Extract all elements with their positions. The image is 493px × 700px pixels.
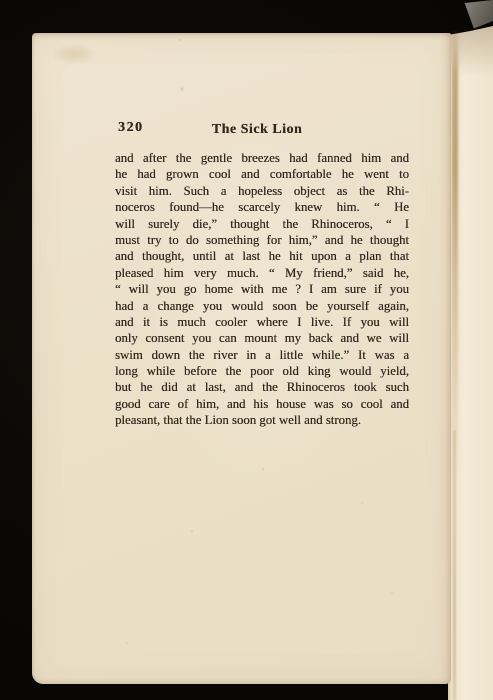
book-cover-corner	[460, 0, 493, 30]
text-line: pleased him very much. “ My friend,” sai…	[115, 265, 409, 281]
text-line: he had grown cool and comfortable he wen…	[115, 166, 409, 182]
text-line: good care of him, and his house was so c…	[115, 396, 409, 412]
text-line: “ will you go home with me ? I am sure i…	[115, 281, 409, 297]
text-line: had a change you would soon be yourself …	[115, 298, 409, 314]
text-line: long while before the poor old king woul…	[115, 363, 409, 379]
page-header: 320 The Sick Lion	[115, 120, 409, 136]
printed-content: 320 The Sick Lion and after the gentle b…	[115, 120, 409, 429]
text-line: pleasant, that the Lion soon got well an…	[115, 412, 409, 428]
text-line: and it is much cooler where I live. If y…	[115, 314, 409, 330]
gutter-crease-stain	[452, 30, 458, 490]
text-line: but he did at last, and the Rhinoceros t…	[115, 379, 409, 395]
text-line: swim down the river in a little while.” …	[115, 347, 409, 363]
text-line: will surely die,” thought the Rhinoceros…	[115, 216, 409, 232]
text-line: noceros found—he scarcely knew him. “ He	[115, 199, 409, 215]
photo-background: 320 The Sick Lion and after the gentle b…	[0, 0, 493, 700]
gutter-crease-lower	[453, 430, 456, 700]
text-line: visit him. Such a hopeless object as the…	[115, 183, 409, 199]
book-page: 320 The Sick Lion and after the gentle b…	[32, 33, 451, 684]
running-title: The Sick Lion	[212, 122, 303, 137]
text-block: and after the gentle breezes had fanned …	[115, 150, 409, 429]
text-line: and thought, until at last he hit upon a…	[115, 248, 409, 264]
page-number: 320	[118, 120, 144, 136]
text-line: and after the gentle breezes had fanned …	[115, 150, 409, 166]
text-line: must try to do something for him,” and h…	[115, 232, 409, 248]
text-line: only consent you can mount my back and w…	[115, 330, 409, 346]
